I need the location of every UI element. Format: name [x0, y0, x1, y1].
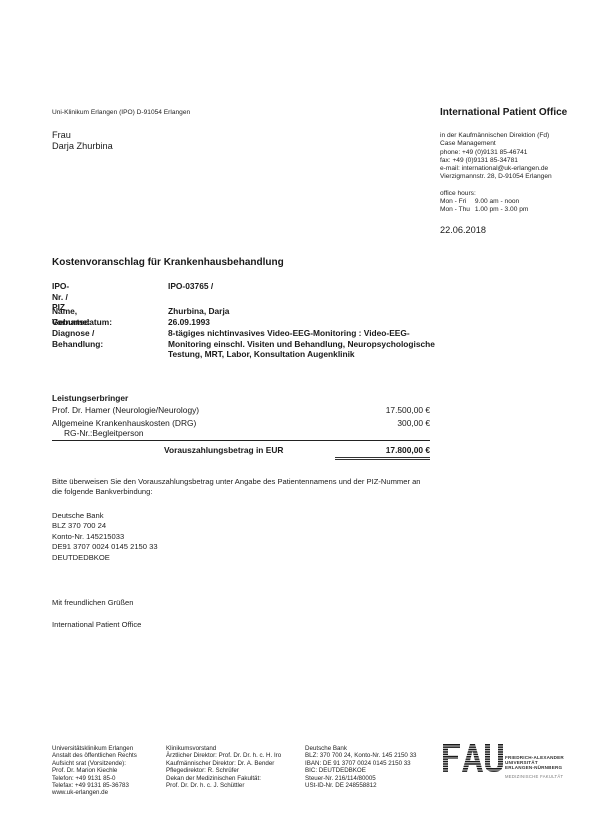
footer-line: BLZ: 370 700 24, Konto-Nr. 145 2150 33: [305, 752, 416, 759]
office-phone: phone: +49 (0)9131 85-46741: [440, 149, 552, 157]
service-sublabel: RG-Nr.:Begleitperson: [64, 428, 144, 438]
office-hours-days: Mon - Fri: [440, 198, 473, 206]
bank-blz: BLZ 370 700 24: [52, 521, 158, 531]
ipo-value: IPO-03765 /: [168, 281, 438, 292]
diagnosis-label: Diagnose / Behandlung:: [52, 328, 103, 349]
signature: International Patient Office: [52, 620, 141, 629]
office-hours-row: Mon - Thu 1.00 pm - 3.00 pm: [440, 206, 552, 214]
office-hours-label: office hours:: [440, 190, 552, 198]
fau-logo-text: FRIEDRICH-ALEXANDER UNIVERSITÄT ERLANGEN…: [505, 755, 564, 771]
office-fax: fax: +49 (0)9131 85-34781: [440, 157, 552, 165]
office-email: e-mail: international@uk-erlangen.de: [440, 165, 552, 173]
birthdate-label: Geburtsdatum:: [52, 317, 112, 328]
total-divider: [52, 440, 430, 441]
service-amount: 300,00 €: [397, 418, 430, 428]
bank-account: Konto-Nr. 145215033: [52, 532, 158, 542]
footer-line: IBAN: DE 91 3707 0024 0145 2150 33: [305, 760, 416, 767]
footer-column-bank: Deutsche Bank BLZ: 370 700 24, Konto-Nr.…: [305, 745, 416, 789]
service-label: Prof. Dr. Hamer (Neurologie/Neurology): [52, 405, 199, 415]
logo-line: ERLANGEN-NÜRNBERG: [505, 765, 564, 770]
footer-line: Telefon: +49 9131 85-0: [52, 775, 137, 782]
footer-line: Klinikumsvorstand: [166, 745, 281, 752]
footer-line: Dekan der Medizinischen Fakultät:: [166, 775, 281, 782]
fau-logo-icon: [443, 744, 503, 772]
footer-line: Pflegedirektor: R. Schrüfer: [166, 767, 281, 774]
footer-line: Prof. Dr. Dr. h. c. J. Schüttler: [166, 782, 281, 789]
footer-line: Universitätsklinikum Erlangen: [52, 745, 137, 752]
office-hours-days: Mon - Thu: [440, 206, 473, 214]
service-amount: 17.500,00 €: [386, 405, 430, 415]
office-hours-row: Mon - Fri 9.00 am - noon: [440, 198, 552, 206]
recipient-address: Frau Darja Zhurbina: [52, 130, 113, 152]
bank-name: Deutsche Bank: [52, 511, 158, 521]
bank-iban: DE91 3707 0024 0145 2150 33: [52, 542, 158, 552]
office-hours-time: 9.00 am - noon: [475, 198, 519, 205]
service-row: Prof. Dr. Hamer (Neurologie/Neurology) 1…: [52, 405, 430, 415]
footer-line: Telefax: +49 9131 85-36783: [52, 782, 137, 789]
service-label: Allgemeine Krankenhauskosten (DRG): [52, 418, 196, 428]
footer-line: Deutsche Bank: [305, 745, 416, 752]
total-double-underline: [335, 457, 430, 460]
footer-website: www.uk-erlangen.de: [52, 789, 137, 796]
office-line: Case Management: [440, 140, 552, 148]
footer-line: Kaufmännischer Direktor: Dr. A. Bender: [166, 760, 281, 767]
recipient-salutation: Frau: [52, 130, 113, 141]
fau-faculty-label: MEDIZINISCHE FAKULTÄT: [505, 774, 563, 779]
footer-line: Prof. Dr. Marion Kiechle: [52, 767, 137, 774]
footer-line: BIC: DEUTDEDBKOE: [305, 767, 416, 774]
footer-line: Steuer-Nr. 216/114/80005: [305, 775, 416, 782]
office-contact-block: in der Kaufmännischen Direktion (Fd) Cas…: [440, 132, 552, 215]
bank-bic: DEUTDEDBKOE: [52, 553, 158, 563]
diagnosis-value: 8-tägiges nichtinvasives Video-EEG-Monit…: [168, 328, 438, 360]
office-line: in der Kaufmännischen Direktion (Fd): [440, 132, 552, 140]
service-row: Allgemeine Krankenhauskosten (DRG) 300,0…: [52, 418, 430, 428]
total-amount: 17.800,00 €: [386, 445, 430, 455]
recipient-name: Darja Zhurbina: [52, 141, 113, 152]
sender-address-line: Uni-Klinikum Erlangen (IPO) D-91054 Erla…: [52, 109, 190, 116]
footer-line: Aufsicht srat (Vorsitzende):: [52, 760, 137, 767]
footer-column-clinic: Universitätsklinikum Erlangen Anstalt de…: [52, 745, 137, 797]
payment-instructions: Bitte überweisen Sie den Vorauszahlungsb…: [52, 477, 432, 498]
office-address: Vierzigmannstr. 28, D-91054 Erlangen: [440, 173, 552, 181]
footer-line: Anstalt des öffentlichen Rechts: [52, 752, 137, 759]
name-value: Zhurbina, Darja: [168, 306, 438, 317]
footer-line: Ärztlicher Direktor: Prof. Dr. Dr. h. c.…: [166, 752, 281, 759]
birthdate-value: 26.09.1993: [168, 317, 438, 328]
footer-column-board: Klinikumsvorstand Ärztlicher Direktor: P…: [166, 745, 281, 789]
letter-subject: Kostenvoranschlag für Krankenhausbehandl…: [52, 257, 284, 268]
services-title: Leistungserbringer: [52, 393, 128, 403]
letter-date: 22.06.2018: [440, 225, 486, 235]
office-title: International Patient Office: [440, 107, 567, 118]
bank-details: Deutsche Bank BLZ 370 700 24 Konto-Nr. 1…: [52, 511, 158, 563]
office-hours-time: 1.00 pm - 3.00 pm: [475, 206, 529, 213]
closing-greeting: Mit freundlichen Grüßen: [52, 598, 133, 607]
footer-line: USt-ID-Nr. DE 248558812: [305, 782, 416, 789]
total-label: Vorauszahlungsbetrag in EUR: [164, 445, 283, 455]
